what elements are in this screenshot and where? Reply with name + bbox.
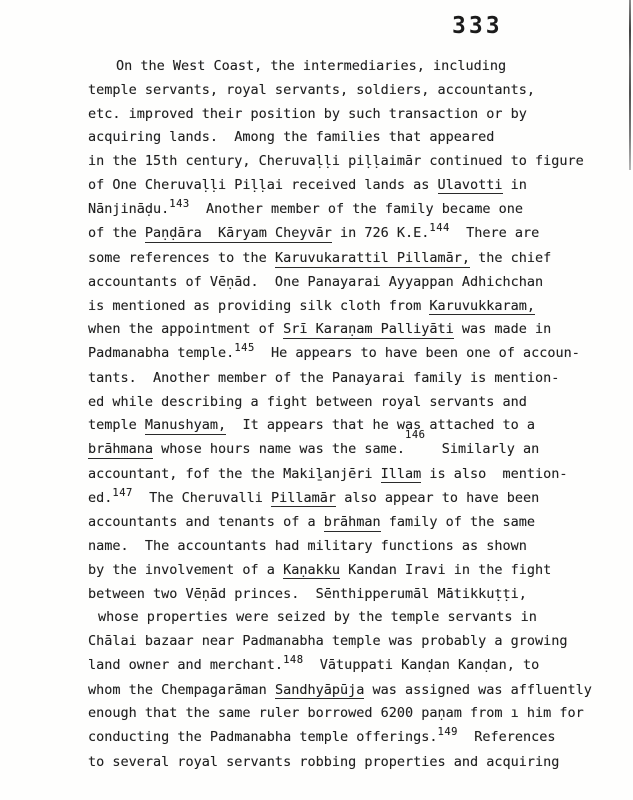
text-run: ed while describing a fight between roya…: [88, 394, 527, 410]
underlined-term: Pillamār: [271, 490, 336, 508]
text-line: Padmanabha temple.145 He appears to have…: [88, 342, 600, 367]
text-run: Chālai bazaar near Padmanabha temple was…: [88, 633, 568, 649]
text-run: etc. improved their position by such tra…: [88, 106, 527, 122]
text-run: in: [503, 177, 527, 193]
text-run: also appear to have been: [336, 490, 539, 506]
text-line: in the 15th century, Cheruvaḷḷi piḷḷaimā…: [88, 150, 600, 174]
text-line: whose properties were seized by the temp…: [88, 606, 600, 630]
underlined-term: brāhmana: [88, 441, 153, 459]
text-run: He appears to have been one of accoun-: [255, 345, 580, 361]
text-line: accountants and tenants of a brāhman fam…: [88, 511, 600, 535]
text-run: Vātuppati Kanḍan Kanḍan, to: [304, 657, 540, 673]
text-run: It appears that he was attached to a: [226, 417, 535, 433]
text-line: by the involvement of a Kaṇakku Kandan I…: [88, 559, 600, 583]
text-run: is also mention-: [421, 466, 567, 482]
text-run: On the West Coast, the intermediaries, i…: [116, 58, 506, 74]
text-run: accountants of Vēṇād. One Panayarai Ayya…: [88, 274, 543, 290]
text-run: accountants and tenants of a: [88, 514, 324, 530]
footnote-ref: 143: [169, 198, 189, 210]
text-line: accountants of Vēṇād. One Panayarai Ayya…: [88, 271, 600, 295]
text-run: the chief: [470, 250, 551, 266]
text-run: ed.: [88, 490, 112, 506]
text-line: brāhmana whose hours name was the same.1…: [88, 438, 600, 463]
text-line: of One Cheruvaḷḷi Piḷḷai received lands …: [88, 174, 600, 198]
footnote-ref: 149: [438, 726, 458, 738]
text-line: temple Manushyam, It appears that he was…: [88, 414, 600, 438]
text-run: temple servants, royal servants, soldier…: [88, 82, 535, 98]
text-line: whom the Chempagarāman Sandhyāpūja was a…: [88, 679, 600, 703]
text-run: between two Vēṇād princes. Sēnthipperumā…: [88, 586, 527, 602]
underlined-term: Srī Karaṇam Palliyāti: [283, 321, 454, 339]
text-run: by the involvement of a: [88, 562, 283, 578]
text-run: of One Cheruvaḷḷi Piḷḷai received lands …: [88, 177, 438, 193]
underlined-term: Ulavotti: [438, 177, 503, 195]
text-run: in 726 K.E.: [332, 225, 430, 241]
text-line: conducting the Padmanabha temple offerin…: [88, 726, 600, 751]
scan-edge-artifact: [629, 0, 631, 170]
text-run: Kandan Iravi in the fight: [340, 562, 551, 578]
footnote-ref: 145: [234, 342, 254, 354]
text-line: ed while describing a fight between roya…: [88, 391, 600, 415]
text-line: etc. improved their position by such tra…: [88, 103, 600, 127]
text-run: family of the same: [381, 514, 535, 530]
page-number: 333: [452, 13, 503, 39]
footnote-ref: 147: [112, 487, 132, 499]
underlined-term: Kaṇakku: [283, 562, 340, 580]
text-run: acquiring lands. Among the families that…: [88, 129, 494, 145]
text-run: is mentioned as providing silk cloth fro…: [88, 298, 429, 314]
text-run: land owner and merchant.: [88, 657, 283, 673]
footnote-ref: 146: [405, 429, 425, 441]
text-line: Nānjināḍu.143 Another member of the fami…: [88, 198, 600, 223]
text-line: On the West Coast, the intermediaries, i…: [88, 55, 600, 79]
text-run: name. The accountants had military funct…: [88, 538, 527, 554]
text-run: of the: [88, 225, 145, 241]
text-run: The Cheruvalli: [133, 490, 271, 506]
text-line: is mentioned as providing silk cloth fro…: [88, 295, 600, 319]
text-run: tants. Another member of the Panayarai f…: [88, 370, 559, 386]
text-line: temple servants, royal servants, soldier…: [88, 79, 600, 103]
text-run: enough that the same ruler borrowed 6200…: [88, 705, 584, 721]
text-line: Chālai bazaar near Padmanabha temple was…: [88, 630, 600, 654]
underlined-term: Paṇḍāra Kāryam Cheyvār: [145, 225, 332, 243]
underlined-term: Karuvukkaram,: [429, 298, 535, 316]
text-run: was made in: [454, 321, 552, 337]
text-line: land owner and merchant.148 Vātuppati Ka…: [88, 654, 600, 679]
text-run: temple: [88, 417, 145, 433]
text-run: to several royal servants robbing proper…: [88, 754, 559, 770]
text-line: acquiring lands. Among the families that…: [88, 126, 600, 150]
underlined-term: Karuvukarattil Pillamār,: [275, 250, 470, 268]
scanned-document-page: 333 On the West Coast, the intermediarie…: [0, 0, 633, 800]
underlined-term: brāhman: [324, 514, 381, 532]
text-run: was assigned was affluently: [364, 682, 592, 698]
text-line: some references to the Karuvukarattil Pi…: [88, 247, 600, 271]
text-run: whom the Chempagarāman: [88, 682, 275, 698]
text-run: Another member of the family became one: [190, 201, 523, 217]
text-run: conducting the Padmanabha temple offerin…: [88, 729, 438, 745]
text-line: between two Vēṇād princes. Sēnthipperumā…: [88, 583, 600, 607]
text-run: whose hours name was the same.: [153, 441, 405, 457]
text-run: Padmanabha temple.: [88, 345, 234, 361]
underlined-term: Manushyam,: [145, 417, 226, 435]
text-line: to several royal servants robbing proper…: [88, 751, 600, 775]
text-line: enough that the same ruler borrowed 6200…: [88, 702, 600, 726]
text-line: of the Paṇḍāra Kāryam Cheyvār in 726 K.E…: [88, 222, 600, 247]
text-line: ed.147 The Cheruvalli Pillamār also appe…: [88, 487, 600, 512]
underlined-term: Illam: [381, 466, 422, 484]
underlined-term: Sandhyāpūja: [275, 682, 364, 700]
text-line: when the appointment of Srī Karaṇam Pall…: [88, 318, 600, 342]
text-run: Similarly an: [425, 441, 539, 457]
text-run: There are: [450, 225, 539, 241]
text-run: accountant, fof the the Makiḻanjēri: [88, 466, 381, 482]
text-block: On the West Coast, the intermediaries, i…: [88, 55, 600, 775]
footnote-ref: 144: [429, 222, 449, 234]
text-line: accountant, fof the the Makiḻanjēri Illa…: [88, 463, 600, 487]
footnote-ref: 148: [283, 654, 303, 666]
text-run: some references to the: [88, 250, 275, 266]
text-run: in the 15th century, Cheruvaḷḷi piḷḷaimā…: [88, 153, 584, 169]
text-line: tants. Another member of the Panayarai f…: [88, 367, 600, 391]
text-run: Nānjināḍu.: [88, 201, 169, 217]
text-run: References: [458, 729, 556, 745]
text-line: name. The accountants had military funct…: [88, 535, 600, 559]
text-run: whose properties were seized by the temp…: [98, 609, 537, 625]
text-run: when the appointment of: [88, 321, 283, 337]
